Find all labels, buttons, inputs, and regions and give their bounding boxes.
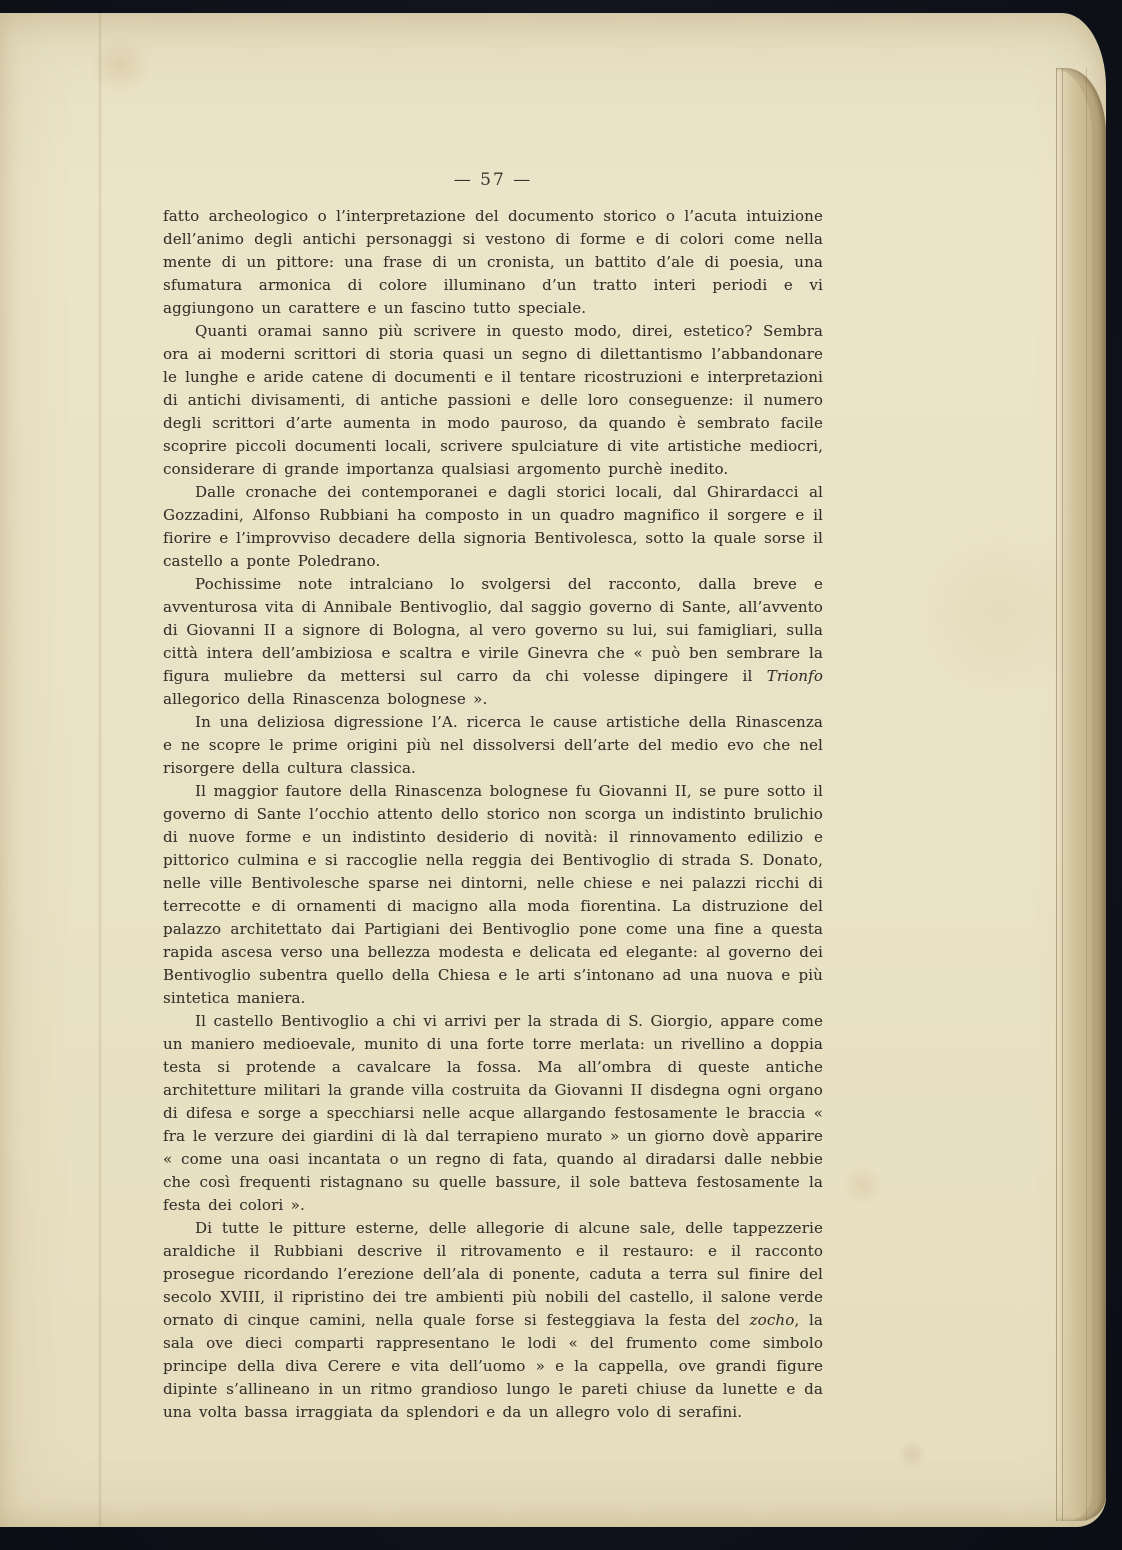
paragraph: fatto archeologico o l’interpretazione d…: [163, 205, 823, 320]
paragraph: Pochissime note intralciano lo svolgersi…: [163, 573, 823, 711]
paragraph: Il castello Bentivoglio a chi vi arrivi …: [163, 1010, 823, 1217]
italic-text: zocho: [750, 1311, 795, 1329]
body-text: Quanti oramai sanno più scrivere in ques…: [163, 322, 823, 478]
paragraph: Di tutte le pitture esterne, delle alleg…: [163, 1217, 823, 1424]
page-text-block: — 57 — fatto archeologico o l’interpreta…: [163, 169, 823, 1424]
book-fore-edge: [1056, 68, 1106, 1521]
page-edge-line: [1062, 68, 1063, 1521]
page-sheet: — 57 — fatto archeologico o l’interpreta…: [0, 13, 1106, 1527]
scanned-book-page: { "page": { "number": "— 57 —", "paragra…: [0, 0, 1122, 1550]
body-text: In una deliziosa digressione l’A. ricerc…: [163, 713, 823, 777]
paragraph: Il maggior fautore della Rinascenza bolo…: [163, 780, 823, 1010]
body-text: Il castello Bentivoglio a chi vi arrivi …: [163, 1012, 823, 1214]
body-text: Dalle cronache dei contemporanei e dagli…: [163, 483, 823, 570]
paragraph: In una deliziosa digressione l’A. ricerc…: [163, 711, 823, 780]
body-text: Di tutte le pitture esterne, delle alleg…: [163, 1219, 823, 1329]
paragraph: Quanti oramai sanno più scrivere in ques…: [163, 320, 823, 481]
page-edge-line: [1086, 68, 1087, 1521]
page-number: — 57 —: [163, 169, 823, 192]
body-text: allegorico della Rinascenza bolognese ».: [163, 690, 487, 708]
body-text: fatto archeologico o l’interpretazione d…: [163, 207, 823, 317]
page-text: fatto archeologico o l’interpretazione d…: [163, 205, 823, 1424]
paragraph: Dalle cronache dei contemporanei e dagli…: [163, 481, 823, 573]
italic-text: Trionfo: [767, 667, 823, 685]
body-text: Pochissime note intralciano lo svolgersi…: [163, 575, 823, 685]
body-text: Il maggior fautore della Rinascenza bolo…: [163, 782, 823, 1007]
